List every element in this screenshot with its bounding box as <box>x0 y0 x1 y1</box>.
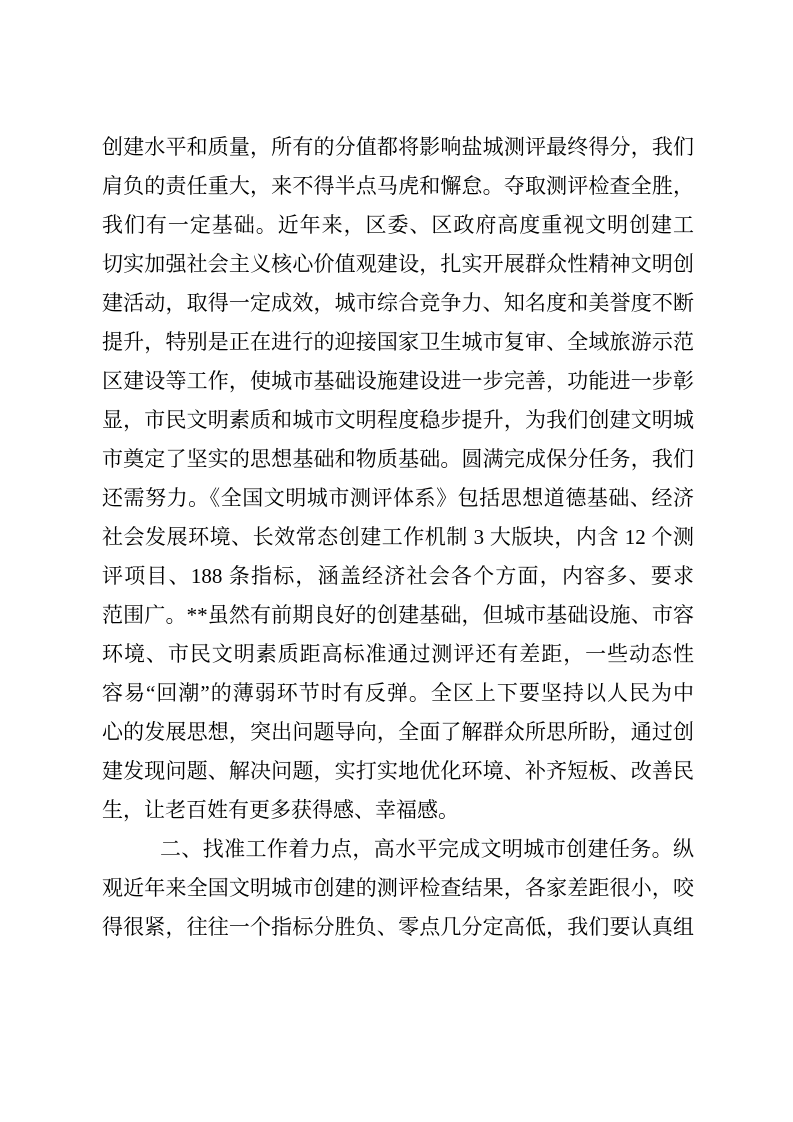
text-line: 容易“回潮”的薄弱环节时有反弹。全区上下要坚持以人民为中 <box>102 674 694 713</box>
text-line: 切实加强社会主义核心价值观建设，扎实开展群众性精神文明创 <box>102 245 694 284</box>
text-line-paragraph-end: 生，让老百姓有更多获得感、幸福感。 <box>102 791 694 830</box>
text-line: 环境、市民文明素质距高标准通过测评还有差距，一些动态性强、 <box>102 635 694 674</box>
text-line: 心的发展思想，突出问题导向，全面了解群众所思所盼，通过创 <box>102 713 694 752</box>
text-line: 得很紧，往往一个指标分胜负、零点几分定高低，我们要认真组 <box>102 908 694 947</box>
text-line: 市奠定了坚实的思想基础和物质基础。圆满完成保分任务，我们 <box>102 440 694 479</box>
text-line: 创建水平和质量，所有的分值都将影响盐城测评最终得分，我们 <box>102 128 694 167</box>
text-line: 显，市民文明素质和城市文明程度稳步提升，为我们创建文明城 <box>102 401 694 440</box>
text-line: 我们有一定基础。近年来，区委、区政府高度重视文明创建工作， <box>102 206 694 245</box>
document-body-text: 创建水平和质量，所有的分值都将影响盐城测评最终得分，我们 肩负的责任重大，来不得… <box>102 128 694 947</box>
text-line: 观近年来全国文明城市创建的测评检查结果，各家差距很小，咬 <box>102 869 694 908</box>
text-line: 区建设等工作，使城市基础设施建设进一步完善，功能进一步彰 <box>102 362 694 401</box>
text-line: 社会发展环境、长效常态创建工作机制 3 大版块，内含 12 个测 <box>102 518 694 557</box>
text-line: 提升，特别是正在进行的迎接国家卫生城市复审、全域旅游示范 <box>102 323 694 362</box>
document-page: 创建水平和质量，所有的分值都将影响盐城测评最终得分，我们 肩负的责任重大，来不得… <box>0 0 793 1122</box>
text-line: 建发现问题、解决问题，实打实地优化环境、补齐短板、改善民 <box>102 752 694 791</box>
text-line: 评项目、188 条指标，涵盖经济社会各个方面，内容多、要求高、 <box>102 557 694 596</box>
text-line-section-heading: 二、找准工作着力点，高水平完成文明城市创建任务。纵 <box>102 830 694 869</box>
text-line: 范围广。**虽然有前期良好的创建基础，但城市基础设施、市容 <box>102 596 694 635</box>
text-line: 肩负的责任重大，来不得半点马虎和懈怠。夺取测评检查全胜， <box>102 167 694 206</box>
text-line: 还需努力。《全国文明城市测评体系》包括思想道德基础、经济 <box>102 479 694 518</box>
text-line: 建活动，取得一定成效，城市综合竞争力、知名度和美誉度不断 <box>102 284 694 323</box>
